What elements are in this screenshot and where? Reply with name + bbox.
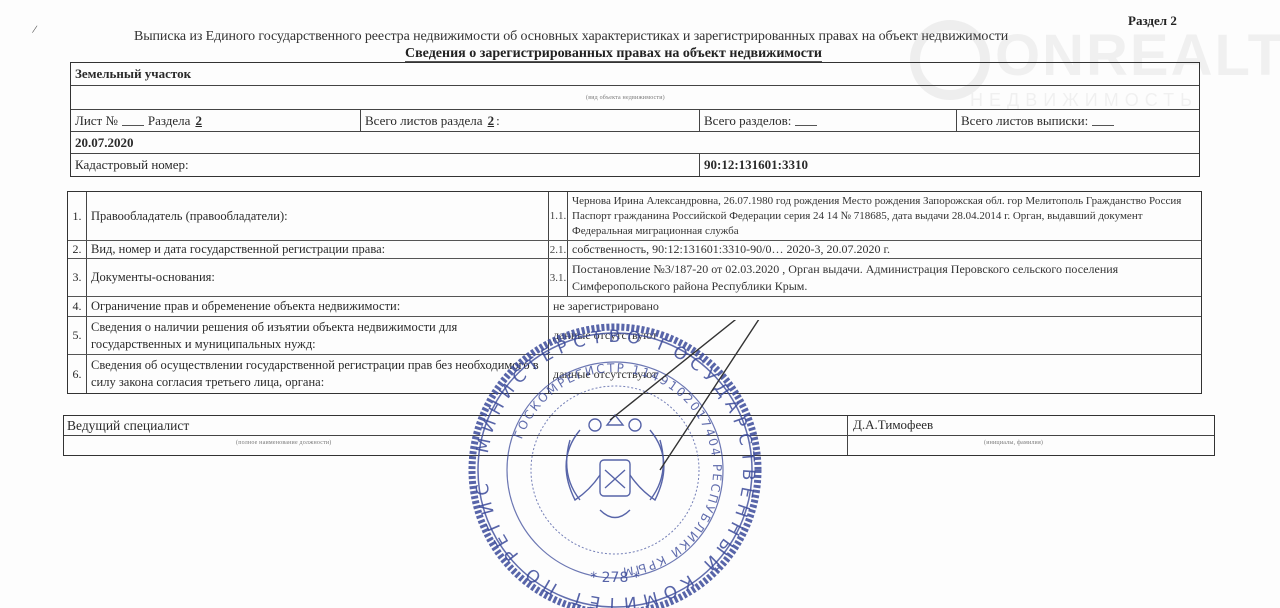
sheet-label: Лист № <box>75 113 118 129</box>
signature-column-divider <box>847 416 848 455</box>
extract-date: 20.07.2020 <box>71 132 1199 153</box>
row-number: 5. <box>68 317 87 354</box>
total-sheets-section-cell: Всего листов раздела 2 : <box>360 110 699 131</box>
section-of-label: Раздела <box>148 113 191 129</box>
row-number: 4. <box>68 297 87 316</box>
row-subnumber: 2.1. <box>548 241 568 258</box>
rights-table: 1. Правообладатель (правообладатели): 1.… <box>67 191 1202 394</box>
total-sections-cell: Всего разделов: <box>699 110 956 131</box>
object-type-caption-row: (вид объекта недвижимости) <box>71 86 1199 110</box>
section-number: 2 <box>195 113 202 129</box>
sheet-info-row: Лист № Раздела 2 Всего листов раздела 2 … <box>71 110 1199 132</box>
row-label: Правообладатель (правообладатели): <box>87 192 548 240</box>
row-label: Сведения об осуществлении государственно… <box>87 355 548 393</box>
svg-text:* 278 *: * 278 * <box>590 570 640 586</box>
table-row: 6. Сведения об осуществлении государстве… <box>68 355 1201 393</box>
object-type-row: Земельный участок <box>71 63 1199 86</box>
total-extract-sheets-cell: Всего листов выписки: <box>956 110 1201 131</box>
total-sheets-section-suffix: : <box>496 113 500 129</box>
table-row: 4. Ограничение прав и обременение объект… <box>68 297 1201 317</box>
row-subnumber: 3.1. <box>548 259 568 296</box>
signature-block: Ведущий специалист Д.А.Тимофеев (полное … <box>63 415 1215 456</box>
name-caption: (инициалы, фамилия) <box>984 440 1043 446</box>
row-number: 3. <box>68 259 87 296</box>
total-sections-blank <box>795 115 817 126</box>
total-extract-sheets-blank <box>1092 115 1114 126</box>
basis-documents-value: Постановление №3/187-20 от 02.03.2020 , … <box>568 259 1201 296</box>
row-label: Документы-основания: <box>87 259 548 296</box>
official-position: Ведущий специалист <box>67 418 189 434</box>
total-sheets-section-label: Всего листов раздела <box>365 113 483 129</box>
registration-value: собственность, 90:12:131601:3310-90/0… 2… <box>568 241 1201 258</box>
official-name: Д.А.Тимофеев <box>853 417 933 433</box>
document-subtitle: Сведения о зарегистрированных правах на … <box>405 46 822 62</box>
object-type-caption: (вид объекта недвижимости) <box>586 95 665 101</box>
section-label: Раздел 2 <box>1128 13 1177 29</box>
row-label: Сведения о наличии решения об изъятии об… <box>87 317 548 354</box>
row-number: 2. <box>68 241 87 258</box>
object-header-table: Земельный участок (вид объекта недвижимо… <box>70 62 1200 177</box>
date-row: 20.07.2020 <box>71 132 1199 154</box>
signature-divider <box>64 435 1214 436</box>
row-number: 1. <box>68 192 87 240</box>
cadastral-row: Кадастровый номер: 90:12:131601:3310 <box>71 154 1199 176</box>
seizure-decision-value: данные отсутствуют <box>548 317 1201 354</box>
cadastral-number: 90:12:131601:3310 <box>699 154 1201 176</box>
table-row: 1. Правообладатель (правообладатели): 1.… <box>68 192 1201 241</box>
encumbrance-value: не зарегистрировано <box>548 297 1201 316</box>
cadastral-label: Кадастровый номер: <box>71 154 699 176</box>
sheet-number-cell: Лист № Раздела 2 <box>71 110 360 131</box>
row-subnumber: 1.1. <box>548 192 568 240</box>
object-type: Земельный участок <box>71 63 1199 85</box>
document-title: Выписка из Единого государственного реес… <box>134 29 1008 45</box>
table-row: 3. Документы-основания: 3.1. Постановлен… <box>68 259 1201 297</box>
row-number: 6. <box>68 355 87 393</box>
table-row: 5. Сведения о наличии решения об изъятии… <box>68 317 1201 355</box>
third-party-consent-value: данные отсутствуют <box>548 355 1201 393</box>
row-label: Вид, номер и дата государственной регист… <box>87 241 548 258</box>
stray-pen-mark: / <box>31 22 38 37</box>
position-caption: (полное наименование должности) <box>236 440 332 446</box>
row-label: Ограничение прав и обременение объекта н… <box>87 297 548 316</box>
total-sections-label: Всего разделов: <box>704 113 791 129</box>
total-extract-sheets-label: Всего листов выписки: <box>961 113 1088 129</box>
total-sheets-section-value: 2 <box>488 113 495 129</box>
rightholder-value: Чернова Ирина Александровна, 26.07.1980 … <box>568 192 1201 240</box>
table-row: 2. Вид, номер и дата государственной рег… <box>68 241 1201 259</box>
sheet-number-blank <box>122 115 144 126</box>
